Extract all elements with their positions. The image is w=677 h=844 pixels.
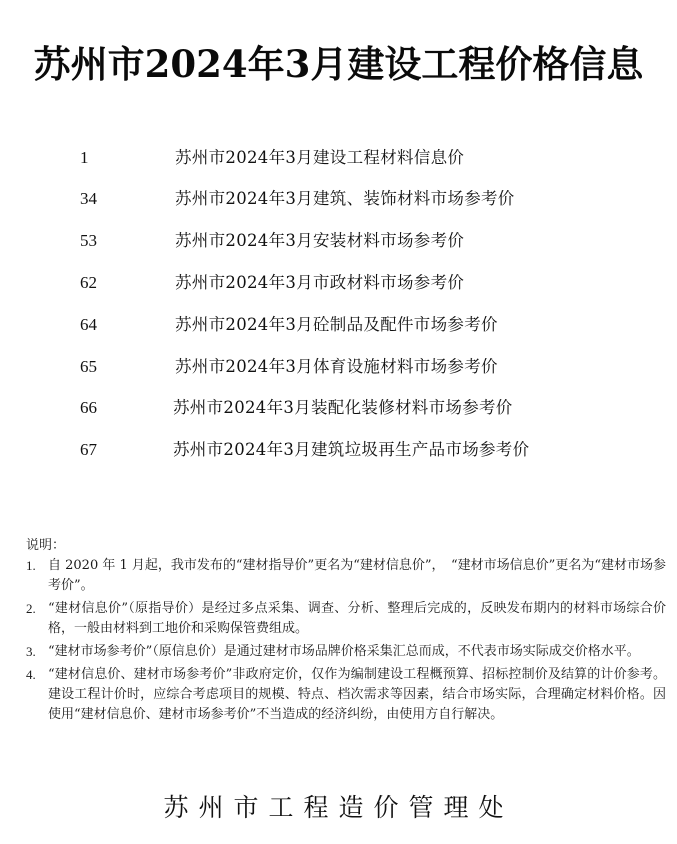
toc-item: 64 苏州市2024年3月砼制品及配件市场参考价 bbox=[0, 312, 677, 338]
toc-page-number: 67 bbox=[80, 437, 97, 463]
document-title: 苏州市2024年3月建设工程价格信息 bbox=[0, 39, 677, 89]
toc-item: 67 苏州市2024年3月建筑垃圾再生产品市场参考价 bbox=[0, 437, 677, 463]
note-text: “建材信息价”（原指导价）是经过多点采集、调查、分析、整理后完成的，反映发布期内… bbox=[48, 599, 666, 639]
notes-heading: 说明： bbox=[26, 536, 666, 556]
toc-item-label: 苏州市2024年3月安装材料市场参考价 bbox=[175, 228, 464, 254]
toc-item: 1 苏州市2024年3月建设工程材料信息价 bbox=[0, 145, 677, 171]
toc-item-label: 苏州市2024年3月市政材料市场参考价 bbox=[175, 270, 464, 296]
toc-page-number: 64 bbox=[80, 312, 97, 338]
toc-page-number: 1 bbox=[80, 145, 89, 171]
note-item: 2. “建材信息价”（原指导价）是经过多点采集、调查、分析、整理后完成的，反映发… bbox=[26, 599, 666, 639]
toc-page-number: 62 bbox=[80, 270, 97, 296]
toc-page-number: 66 bbox=[80, 395, 97, 421]
toc-item: 66 苏州市2024年3月装配化装修材料市场参考价 bbox=[0, 395, 677, 421]
note-text: “建材信息价、建材市场参考价”非政府定价，仅作为编制建设工程概预算、招标控制价及… bbox=[48, 665, 666, 725]
note-number: 3. bbox=[26, 642, 36, 662]
note-number: 4. bbox=[26, 665, 36, 685]
toc-item-label: 苏州市2024年3月建设工程材料信息价 bbox=[175, 145, 464, 171]
toc-item: 62 苏州市2024年3月市政材料市场参考价 bbox=[0, 270, 677, 296]
toc-item-label: 苏州市2024年3月体育设施材料市场参考价 bbox=[175, 354, 498, 380]
note-number: 2. bbox=[26, 599, 36, 619]
notes-section: 说明： 1. 自 2020 年 1 月起，我市发布的“建材指导价”更名为“建材信… bbox=[26, 536, 666, 728]
note-item: 1. 自 2020 年 1 月起，我市发布的“建材指导价”更名为“建材信息价”，… bbox=[26, 556, 666, 596]
note-text: 自 2020 年 1 月起，我市发布的“建材指导价”更名为“建材信息价”， “建… bbox=[48, 556, 666, 596]
toc-item-label: 苏州市2024年3月装配化装修材料市场参考价 bbox=[173, 395, 513, 421]
toc-item: 34 苏州市2024年3月建筑、装饰材料市场参考价 bbox=[0, 186, 677, 212]
toc-page-number: 65 bbox=[80, 354, 97, 380]
toc-item-label: 苏州市2024年3月建筑、装饰材料市场参考价 bbox=[175, 186, 515, 212]
note-text: “建材市场参考价”（原信息价）是通过建材市场品牌价格采集汇总而成，不代表市场实际… bbox=[48, 642, 666, 662]
note-item: 3. “建材市场参考价”（原信息价）是通过建材市场品牌价格采集汇总而成，不代表市… bbox=[26, 642, 666, 662]
toc-item: 53 苏州市2024年3月安装材料市场参考价 bbox=[0, 228, 677, 254]
toc-page-number: 53 bbox=[80, 228, 97, 254]
note-item: 4. “建材信息价、建材市场参考价”非政府定价，仅作为编制建设工程概预算、招标控… bbox=[26, 665, 666, 725]
toc-item-label: 苏州市2024年3月砼制品及配件市场参考价 bbox=[175, 312, 498, 338]
issuing-organization: 苏州市工程造价管理处 bbox=[0, 788, 677, 828]
toc-item-label: 苏州市2024年3月建筑垃圾再生产品市场参考价 bbox=[173, 437, 529, 463]
toc-item: 65 苏州市2024年3月体育设施材料市场参考价 bbox=[0, 354, 677, 380]
toc-page-number: 34 bbox=[80, 186, 97, 212]
note-number: 1. bbox=[26, 556, 36, 576]
